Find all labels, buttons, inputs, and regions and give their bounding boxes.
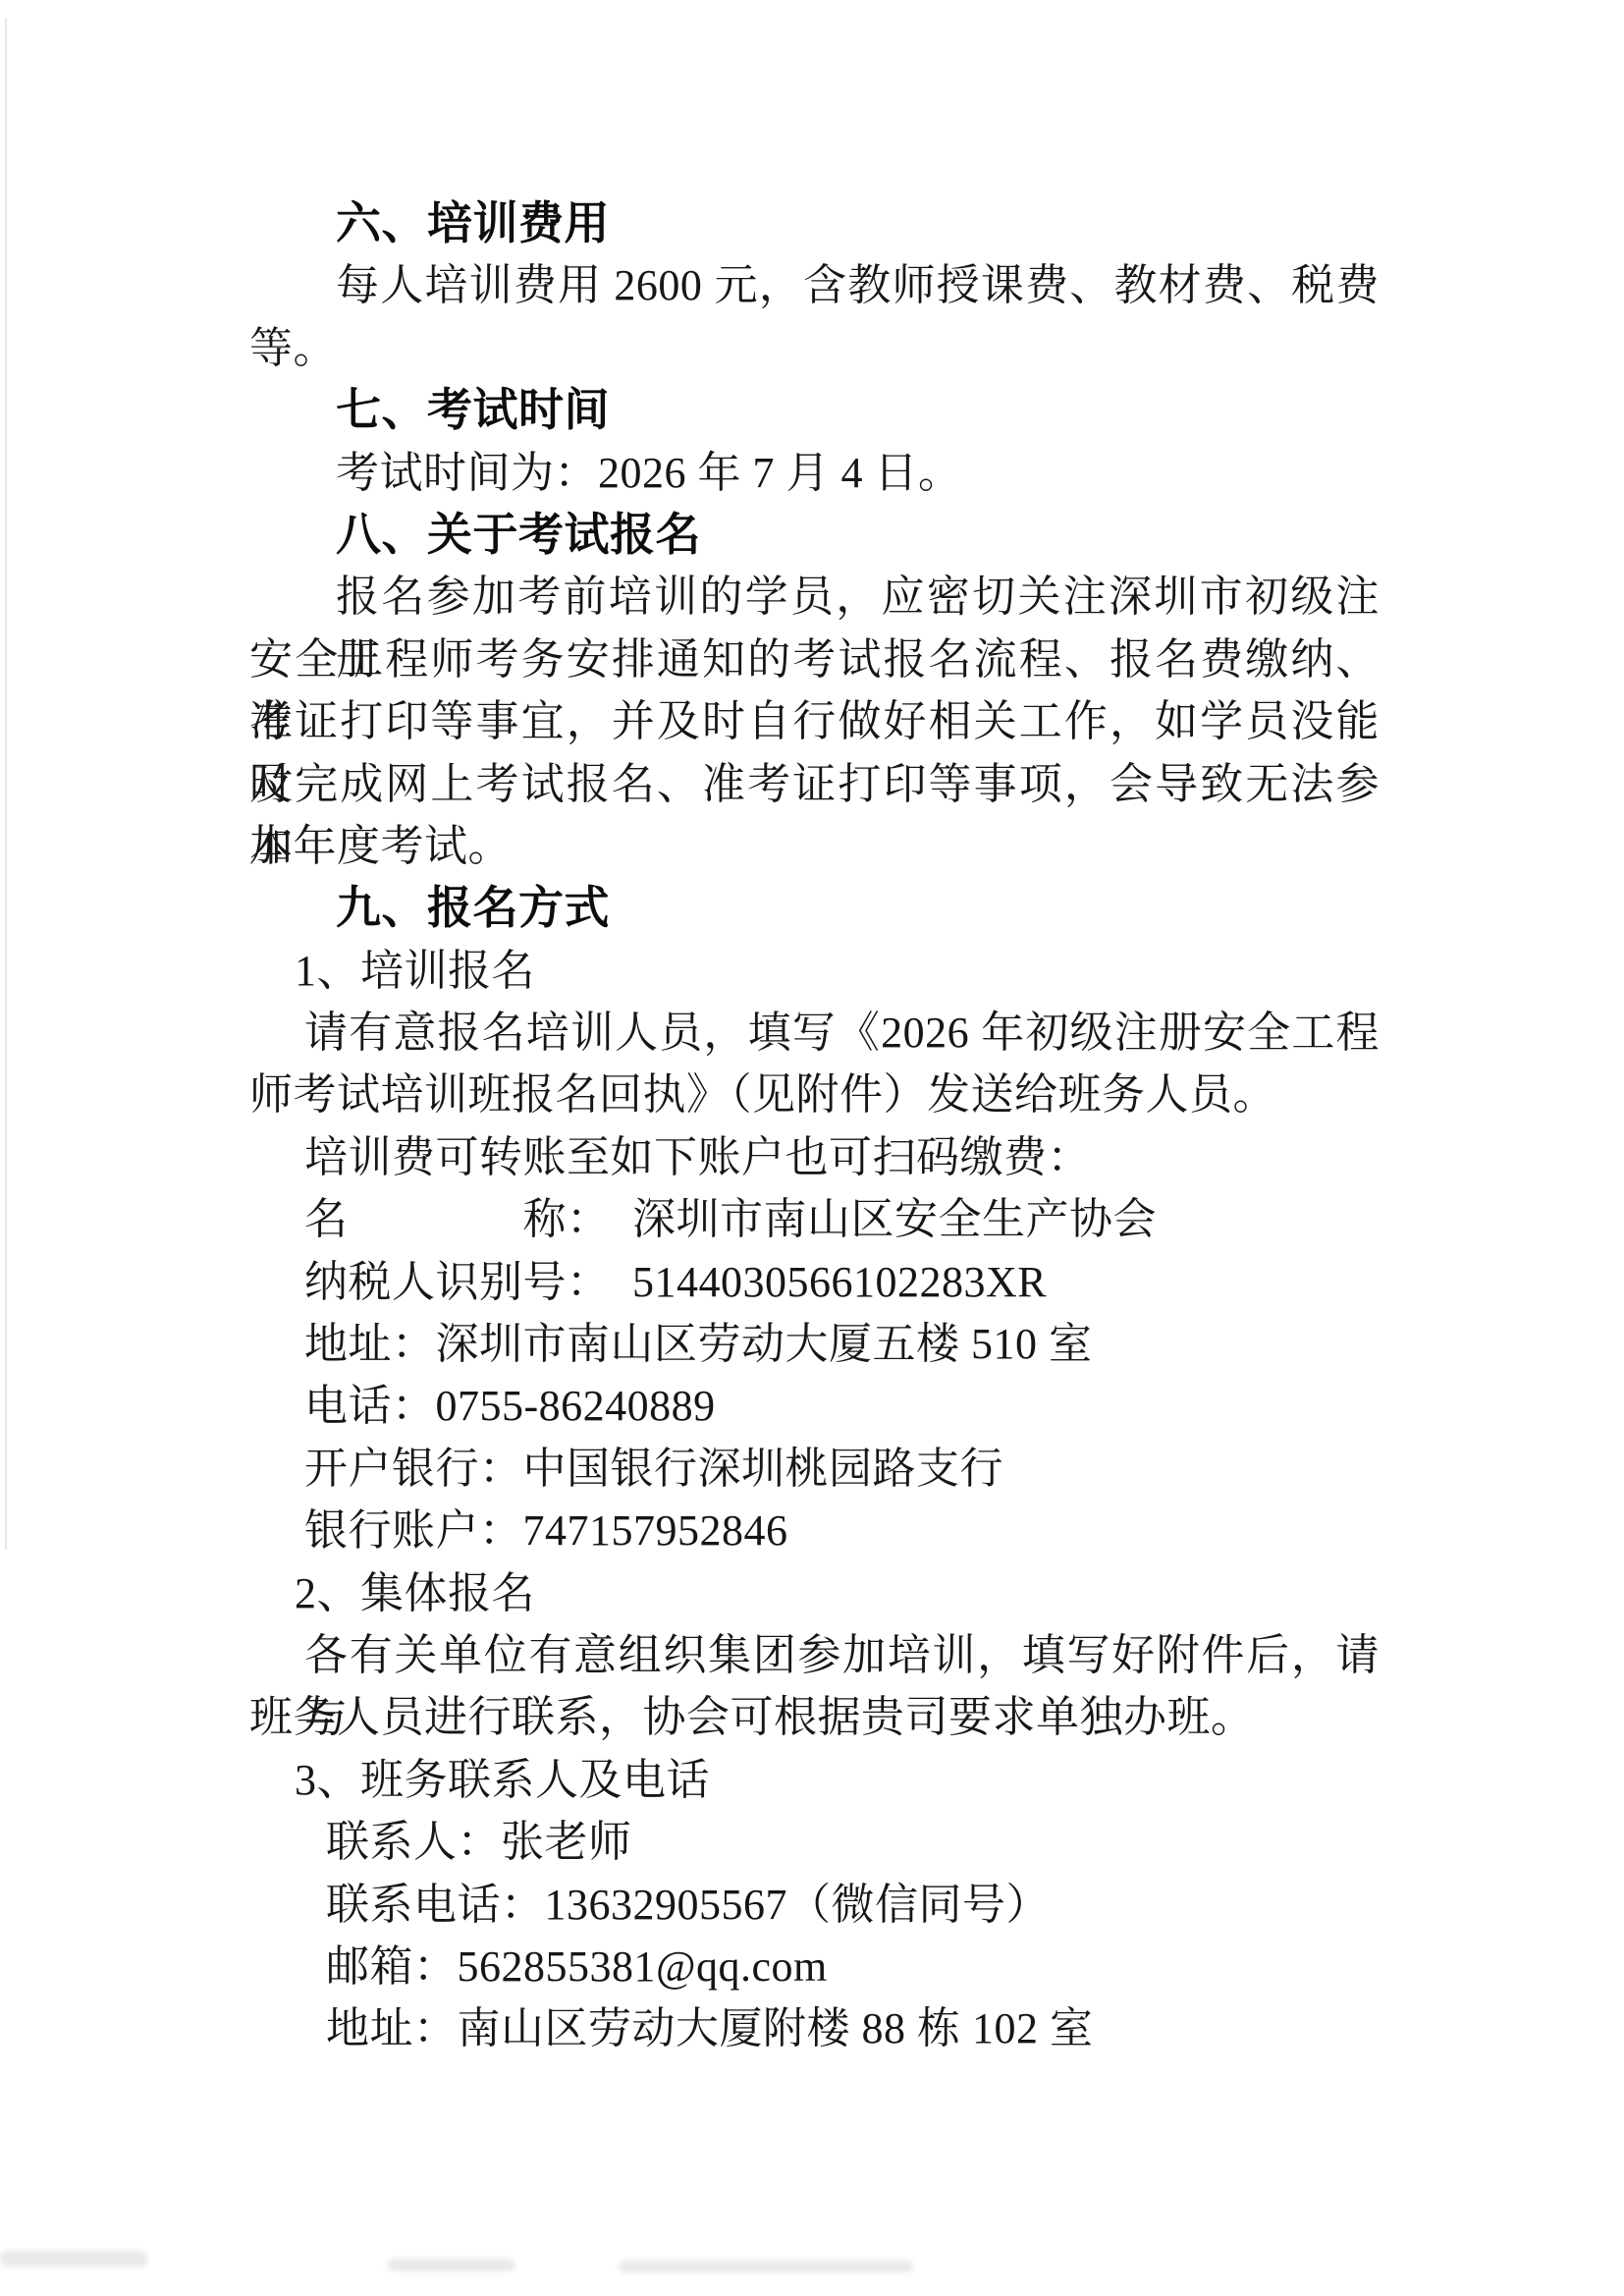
detail-address: 地址：深圳市南山区劳动大厦五楼 510 室: [249, 1313, 1380, 1375]
detail-account-name: 名 称： 深圳市南山区安全生产协会: [249, 1188, 1380, 1250]
para-group-line-2: 班务人员进行联系，协会可根据贵司要求单独办班。: [249, 1686, 1380, 1748]
para-fee-line-2: 等。: [249, 317, 1380, 379]
para-registration-line-5: 本年度考试。: [249, 815, 1380, 877]
detail-bank-account: 银行账户：747157952846: [249, 1500, 1380, 1561]
detail-taxpayer-id: 纳税人识别号： 5144030566102283XR: [249, 1251, 1380, 1313]
para-signup-line-1: 请有意报名培训人员，填写《2026 年初级注册安全工程: [249, 1002, 1380, 1064]
para-group-line-1: 各有关单位有意组织集团参加培训，填写好附件后，请与: [249, 1624, 1380, 1686]
scan-smudge-artifact: [388, 2259, 515, 2271]
para-registration-line-4: 时完成网上考试报名、准考证打印等事项，会导致无法参加: [249, 753, 1380, 815]
contact-person: 联系人：张老师: [249, 1811, 1380, 1873]
heading-training-fee: 六、培训费用: [249, 192, 1380, 254]
scanned-document-page: 六、培训费用 每人培训费用 2600 元，含教师授课费、教材费、税费 等。 七、…: [0, 0, 1624, 2296]
scan-smudge-artifact: [619, 2261, 913, 2272]
para-exam-time: 考试时间为：2026 年 7 月 4 日。: [249, 442, 1380, 504]
heading-signup-method: 九、报名方式: [249, 877, 1380, 939]
detail-phone: 电话：0755-86240889: [249, 1375, 1380, 1437]
scan-smudge-artifact: [0, 2251, 147, 2267]
contact-phone: 联系电话：13632905567（微信同号）: [249, 1874, 1380, 1936]
para-registration-line-3: 考证打印等事宜，并及时自行做好相关工作，如学员没能及: [249, 690, 1380, 752]
contact-email: 邮箱：562855381@qq.com: [249, 1936, 1380, 1997]
para-payment-intro: 培训费可转账至如下账户也可扫码缴费：: [249, 1126, 1380, 1188]
item-1-training-signup: 1、培训报名: [249, 940, 1380, 1002]
item-2-group-signup: 2、集体报名: [249, 1562, 1380, 1624]
heading-exam-time: 七、考试时间: [249, 379, 1380, 441]
detail-bank-name: 开户银行：中国银行深圳桃园路支行: [249, 1438, 1380, 1500]
contact-address: 地址：南山区劳动大厦附楼 88 栋 102 室: [249, 1997, 1380, 2059]
para-registration-line-2: 安全工程师考务安排通知的考试报名流程、报名费缴纳、准: [249, 629, 1380, 690]
document-body: 六、培训费用 每人培训费用 2600 元，含教师授课费、教材费、税费 等。 七、…: [249, 192, 1380, 2060]
heading-exam-registration: 八、关于考试报名: [249, 504, 1380, 566]
para-fee-line-1: 每人培训费用 2600 元，含教师授课费、教材费、税费: [249, 254, 1380, 316]
scan-edge-artifact: [5, 18, 7, 1550]
para-signup-line-2: 师考试培训班报名回执》（见附件）发送给班务人员。: [249, 1064, 1380, 1125]
item-3-contact-info: 3、班务联系人及电话: [249, 1749, 1380, 1811]
para-registration-line-1: 报名参加考前培训的学员，应密切关注深圳市初级注册: [249, 566, 1380, 628]
